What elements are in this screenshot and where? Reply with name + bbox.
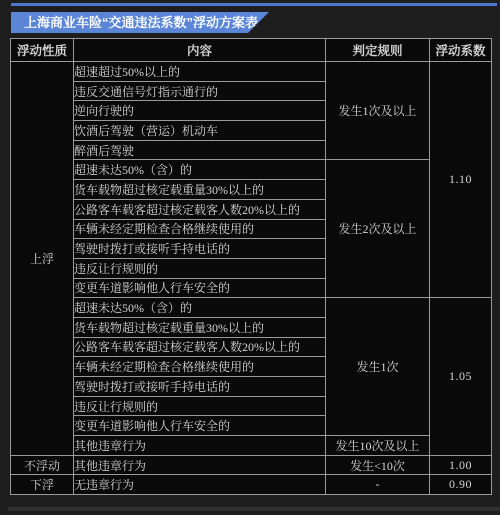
rule-cell-ten-or-more: 发生10次及以上 bbox=[326, 436, 430, 456]
page-title: 上海商业车险“交通违法系数”浮动方案表 bbox=[24, 15, 258, 30]
violation-cell: 其他违章行为 bbox=[74, 455, 326, 475]
header-rule: 判定规则 bbox=[326, 39, 430, 62]
rule-cell-once: 发生1次 bbox=[326, 298, 430, 436]
header-content: 内容 bbox=[74, 39, 326, 62]
violation-cell: 货车载物超过核定载重量30%以上的 bbox=[74, 180, 326, 200]
violation-cell: 驾驶时拨打或接听手持电话的 bbox=[74, 377, 326, 397]
violation-cell: 超速超过50%以上的 bbox=[74, 62, 326, 82]
violation-cell: 变更车道影响他人行车安全的 bbox=[74, 416, 326, 436]
violation-cell: 饮酒后驾驶（营运）机动车 bbox=[74, 121, 326, 141]
violation-cell: 其他违章行为 bbox=[74, 436, 326, 456]
table-row: 上浮 超速超过50%以上的 发生1次及以上 1.10 bbox=[11, 62, 492, 82]
violation-cell: 变更车道影响他人行车安全的 bbox=[74, 278, 326, 298]
nature-cell-down: 下浮 bbox=[11, 475, 74, 495]
violation-cell: 公路客车载客超过核定载客人数20%以上的 bbox=[74, 337, 326, 357]
table-row: 超速未达50%（含）的 发生2次及以上 bbox=[11, 160, 492, 180]
violation-cell: 逆向行驶的 bbox=[74, 101, 326, 121]
top-accent-line bbox=[11, 3, 497, 6]
violation-cell: 醉酒后驾驶 bbox=[74, 140, 326, 160]
bottom-divider bbox=[8, 507, 500, 511]
coefficient-cell-100: 1.00 bbox=[430, 455, 492, 475]
table-row: 下浮 无违章行为 - 0.90 bbox=[11, 475, 492, 495]
violation-cell: 超速未达50%（含）的 bbox=[74, 298, 326, 318]
rule-cell-once-or-more: 发生1次及以上 bbox=[326, 62, 430, 160]
rule-cell-dash: - bbox=[326, 475, 430, 495]
coefficient-cell-110: 1.10 bbox=[430, 62, 492, 298]
violation-cell: 驾驶时拨打或接听手持电话的 bbox=[74, 239, 326, 259]
nature-cell-up: 上浮 bbox=[11, 62, 74, 456]
violation-cell: 公路客车载客超过核定载客人数20%以上的 bbox=[74, 199, 326, 219]
violation-cell: 超速未达50%（含）的 bbox=[74, 160, 326, 180]
violation-cell: 违反交通信号灯指示通行的 bbox=[74, 81, 326, 101]
table-row: 超速未达50%（含）的 发生1次 1.05 bbox=[11, 298, 492, 318]
coefficient-cell-090: 0.90 bbox=[430, 475, 492, 495]
violation-cell: 货车载物超过核定载重量30%以上的 bbox=[74, 317, 326, 337]
header-coefficient: 浮动系数 bbox=[430, 39, 492, 62]
violation-cell: 违反让行规则的 bbox=[74, 396, 326, 416]
table-row: 其他违章行为 发生10次及以上 bbox=[11, 436, 492, 456]
header-nature: 浮动性质 bbox=[11, 39, 74, 62]
rule-cell-less-than-ten: 发生<10次 bbox=[326, 455, 430, 475]
violation-cell: 车辆未经定期检查合格继续使用的 bbox=[74, 219, 326, 239]
violation-cell: 无违章行为 bbox=[74, 475, 326, 495]
violation-cell: 车辆未经定期检查合格继续使用的 bbox=[74, 357, 326, 377]
header-row: 浮动性质 内容 判定规则 浮动系数 bbox=[11, 39, 492, 62]
violation-coefficient-table: 浮动性质 内容 判定规则 浮动系数 上浮 超速超过50%以上的 发生1次及以上 … bbox=[10, 38, 492, 495]
nature-cell-none: 不浮动 bbox=[11, 455, 74, 475]
coefficient-cell-105: 1.05 bbox=[430, 298, 492, 456]
title-banner: 上海商业车险“交通违法系数”浮动方案表 bbox=[11, 12, 269, 33]
table-row: 不浮动 其他违章行为 发生<10次 1.00 bbox=[11, 455, 492, 475]
rule-cell-twice-or-more: 发生2次及以上 bbox=[326, 160, 430, 298]
violation-cell: 违反让行规则的 bbox=[74, 258, 326, 278]
